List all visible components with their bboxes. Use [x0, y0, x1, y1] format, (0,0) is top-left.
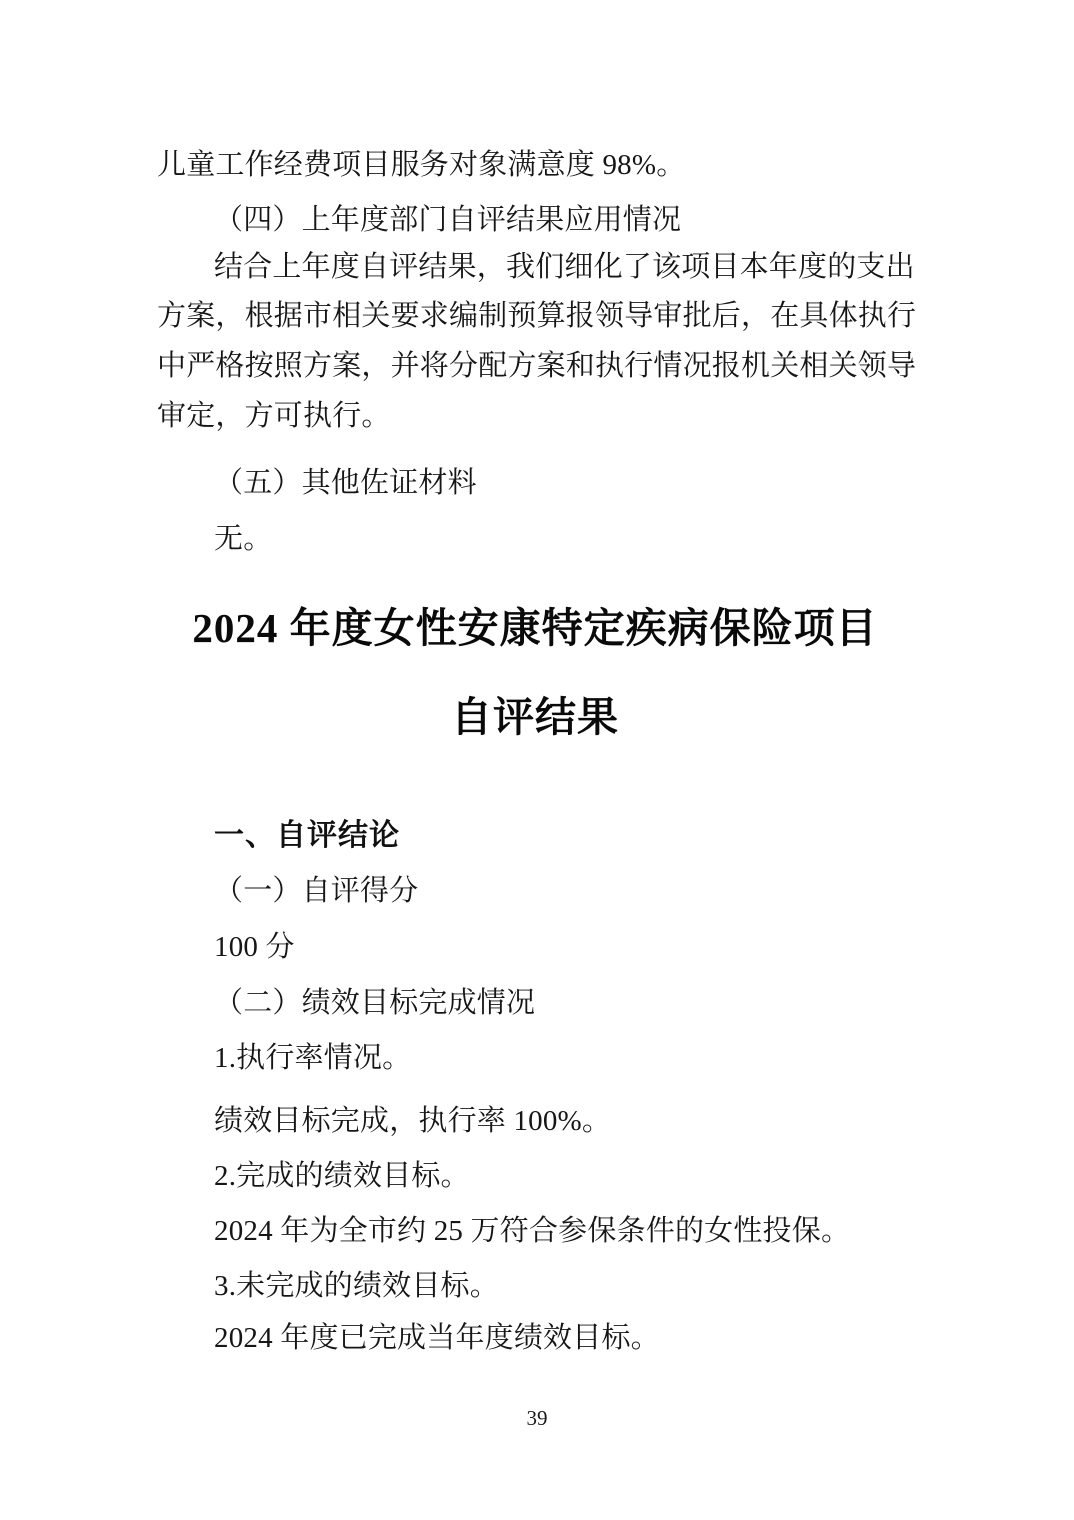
numbered-item: 1.执行率情况。 [157, 1041, 913, 1075]
paragraph-line: 方案，根据市相关要求编制预算报领导审批后，在具体执行 [157, 299, 913, 333]
paragraph-line: 绩效目标完成，执行率 100%。 [157, 1104, 913, 1138]
subsection-heading-2: （二）绩效目标完成情况 [157, 986, 913, 1020]
paragraph-line: 2024 年为全市约 25 万符合参保条件的女性投保。 [157, 1214, 913, 1248]
doc-title-line-2: 自评结果 [157, 686, 913, 748]
subsection-heading-5: （五）其他佐证材料 [157, 466, 913, 500]
numbered-item: 3.未完成的绩效目标。 [157, 1269, 913, 1303]
paragraph-line: 结合上年度自评结果，我们细化了该项目本年度的支出 [157, 250, 913, 284]
paragraph-line: 审定，方可执行。 [157, 399, 913, 433]
paragraph-line: 无。 [157, 522, 913, 556]
numbered-item: 2.完成的绩效目标。 [157, 1159, 913, 1193]
paragraph-line: 儿童工作经费项目服务对象满意度 98%。 [157, 148, 913, 182]
section-heading: 一、自评结论 [157, 818, 913, 854]
subsection-heading-1: （一）自评得分 [157, 874, 913, 908]
footer-page-number: 39 [0, 1406, 1074, 1430]
score-line: 100 分 [157, 930, 913, 964]
document-page: 儿童工作经费项目服务对象满意度 98%。 （四）上年度部门自评结果应用情况 结合… [0, 0, 1074, 1520]
subsection-heading-4: （四）上年度部门自评结果应用情况 [157, 203, 913, 237]
paragraph-line: 2024 年度已完成当年度绩效目标。 [157, 1321, 913, 1355]
paragraph-line: 中严格按照方案，并将分配方案和执行情况报机关相关领导 [157, 349, 913, 383]
doc-title-line-1: 2024 年度女性安康特定疾病保险项目 [157, 597, 913, 659]
